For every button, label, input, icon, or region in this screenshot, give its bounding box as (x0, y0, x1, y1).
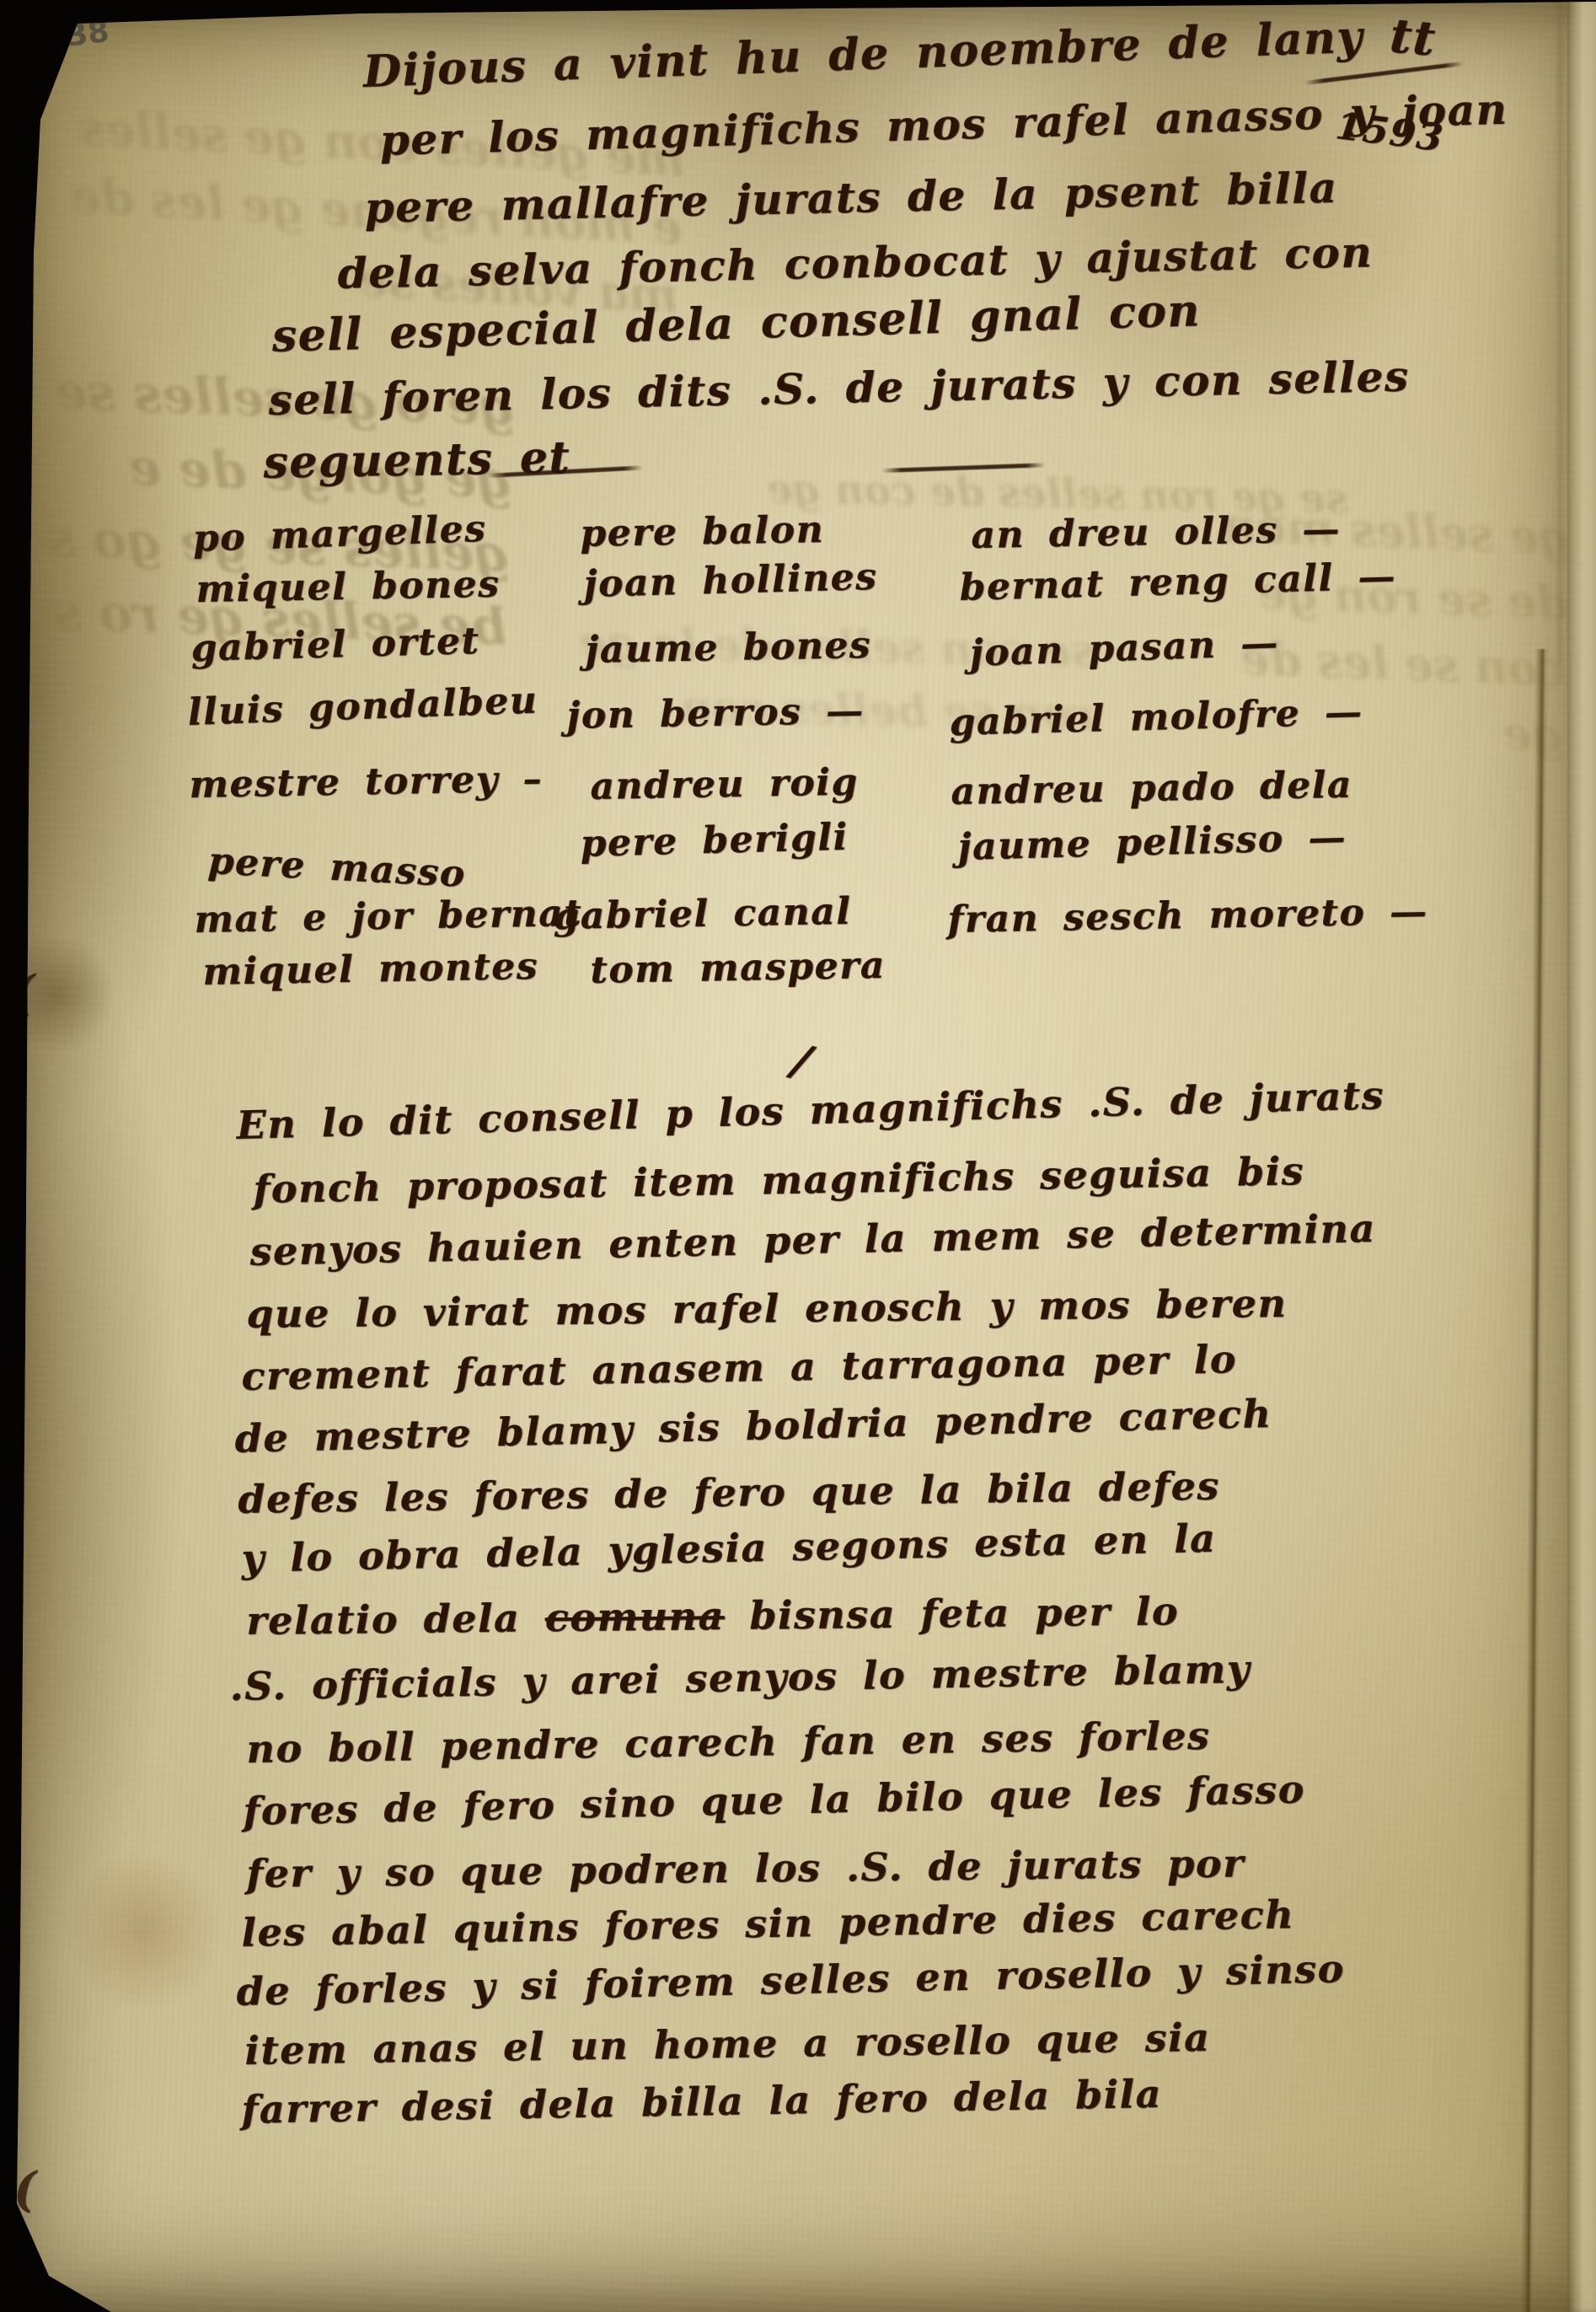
attendee-name: andreu pado dela (951, 767, 1352, 811)
heading-line: sell foren los dits .S. de jurats y con … (268, 356, 1410, 421)
attendee-name: miquel bones (195, 566, 501, 609)
heading-line: Dijous a vint hu de noembre de lany (362, 16, 1364, 94)
attendee-name: pere masso (207, 843, 467, 893)
manuscript-page: se ge ron selles de con gege selles mon … (0, 0, 1596, 2312)
body-line: que lo virat mos rafel enosch y mos bere… (246, 1284, 1287, 1333)
body-line: y lo obra dela yglesia segons esta en la (241, 1519, 1217, 1578)
attendee-name: gabriel canal (553, 893, 852, 936)
attendee-name: jaume bones (585, 627, 871, 669)
attendee-name: gabriel ortet (190, 623, 480, 668)
attendee-name: andreu roig (590, 764, 859, 806)
struck-out-word: comuna (544, 1593, 725, 1640)
manuscript-photograph: se ge ron selles de con gege selles mon … (0, 0, 1596, 2312)
attendee-name: pere berigli (580, 819, 849, 863)
attendee-name: gabriel molofre — (949, 694, 1363, 742)
attendee-name: tom maspera (590, 947, 886, 990)
body-line: item anas el un home a rosello que sia (244, 2018, 1211, 2070)
body-line: crement farat anasem a tarragona per lo (241, 1339, 1237, 1396)
heading-line: seguents et (263, 437, 570, 485)
attendee-name: mestre torrey – (189, 761, 543, 804)
body-line: En lo dit consell p los magnifichs .S. d… (236, 1076, 1384, 1145)
margin-paren-mark: ( (12, 969, 35, 1017)
margin-paren-mark: ( (13, 2166, 37, 2213)
attendee-name: jon berros — (566, 693, 865, 735)
body-line: de forles y si foirem selles en rosello … (236, 1949, 1345, 2011)
attendee-name: miquel montes (202, 948, 538, 991)
attendee-name: mat e jor bernat (194, 895, 582, 939)
tt-swash-stroke (1304, 62, 1464, 85)
attendee-name: jaume pellisso — (957, 819, 1347, 866)
body-line: de mestre blamy sis boldria pendre carec… (234, 1394, 1272, 1458)
attendee-name: pere balon (580, 512, 824, 553)
body-line: relatio dela comuna bisnsa feta per lo (246, 1591, 1179, 1640)
attendee-name: fran sesch moreto — (947, 893, 1428, 939)
body-line: senyos hauien enten per la mem se determ… (249, 1209, 1376, 1271)
body-line: fores de fero sino que la bilo que les f… (243, 1770, 1305, 1831)
body-line: farrer desi dela billa la fero dela bila (241, 2074, 1162, 2129)
folio-number: 438 (44, 14, 111, 56)
second-sheet-edge (1567, 0, 1596, 2312)
body-line: defes les fores de fero que la bila defe… (238, 1467, 1220, 1519)
body-line: fer y so que podren los .S. de jurats po… (246, 1844, 1245, 1893)
attendee-name: joan pasan — (969, 625, 1279, 673)
body-line: .S. officials y arei senyos lo mestre bl… (229, 1650, 1251, 1706)
attendee-name: an dreu olles — (971, 511, 1341, 555)
attendee-name: joan hollines (583, 559, 878, 603)
body-line: les abal quins fores sin pendre dies car… (241, 1895, 1294, 1952)
body-line: no boll pendre carech fan en ses forles (246, 1716, 1211, 1768)
stray-slash-mark: / (788, 1038, 815, 1085)
heading-line: per los magnifichs mos rafel anasso y jo… (379, 89, 1508, 162)
notarial-tt-mark: tt (1388, 12, 1438, 63)
body-line: fonch proposat item magnifichs seguisa b… (253, 1151, 1304, 1209)
attendee-name: bernat reng call — (959, 558, 1396, 607)
page-crease-upper (1556, 0, 1564, 666)
attendee-name: po margelles (192, 511, 487, 558)
page-crease (1521, 649, 1549, 2312)
body-text: bisnsa feta per lo (724, 1588, 1179, 1639)
attendee-name: lluis gondalbeu (187, 682, 538, 731)
body-text: relatio dela (246, 1595, 545, 1644)
